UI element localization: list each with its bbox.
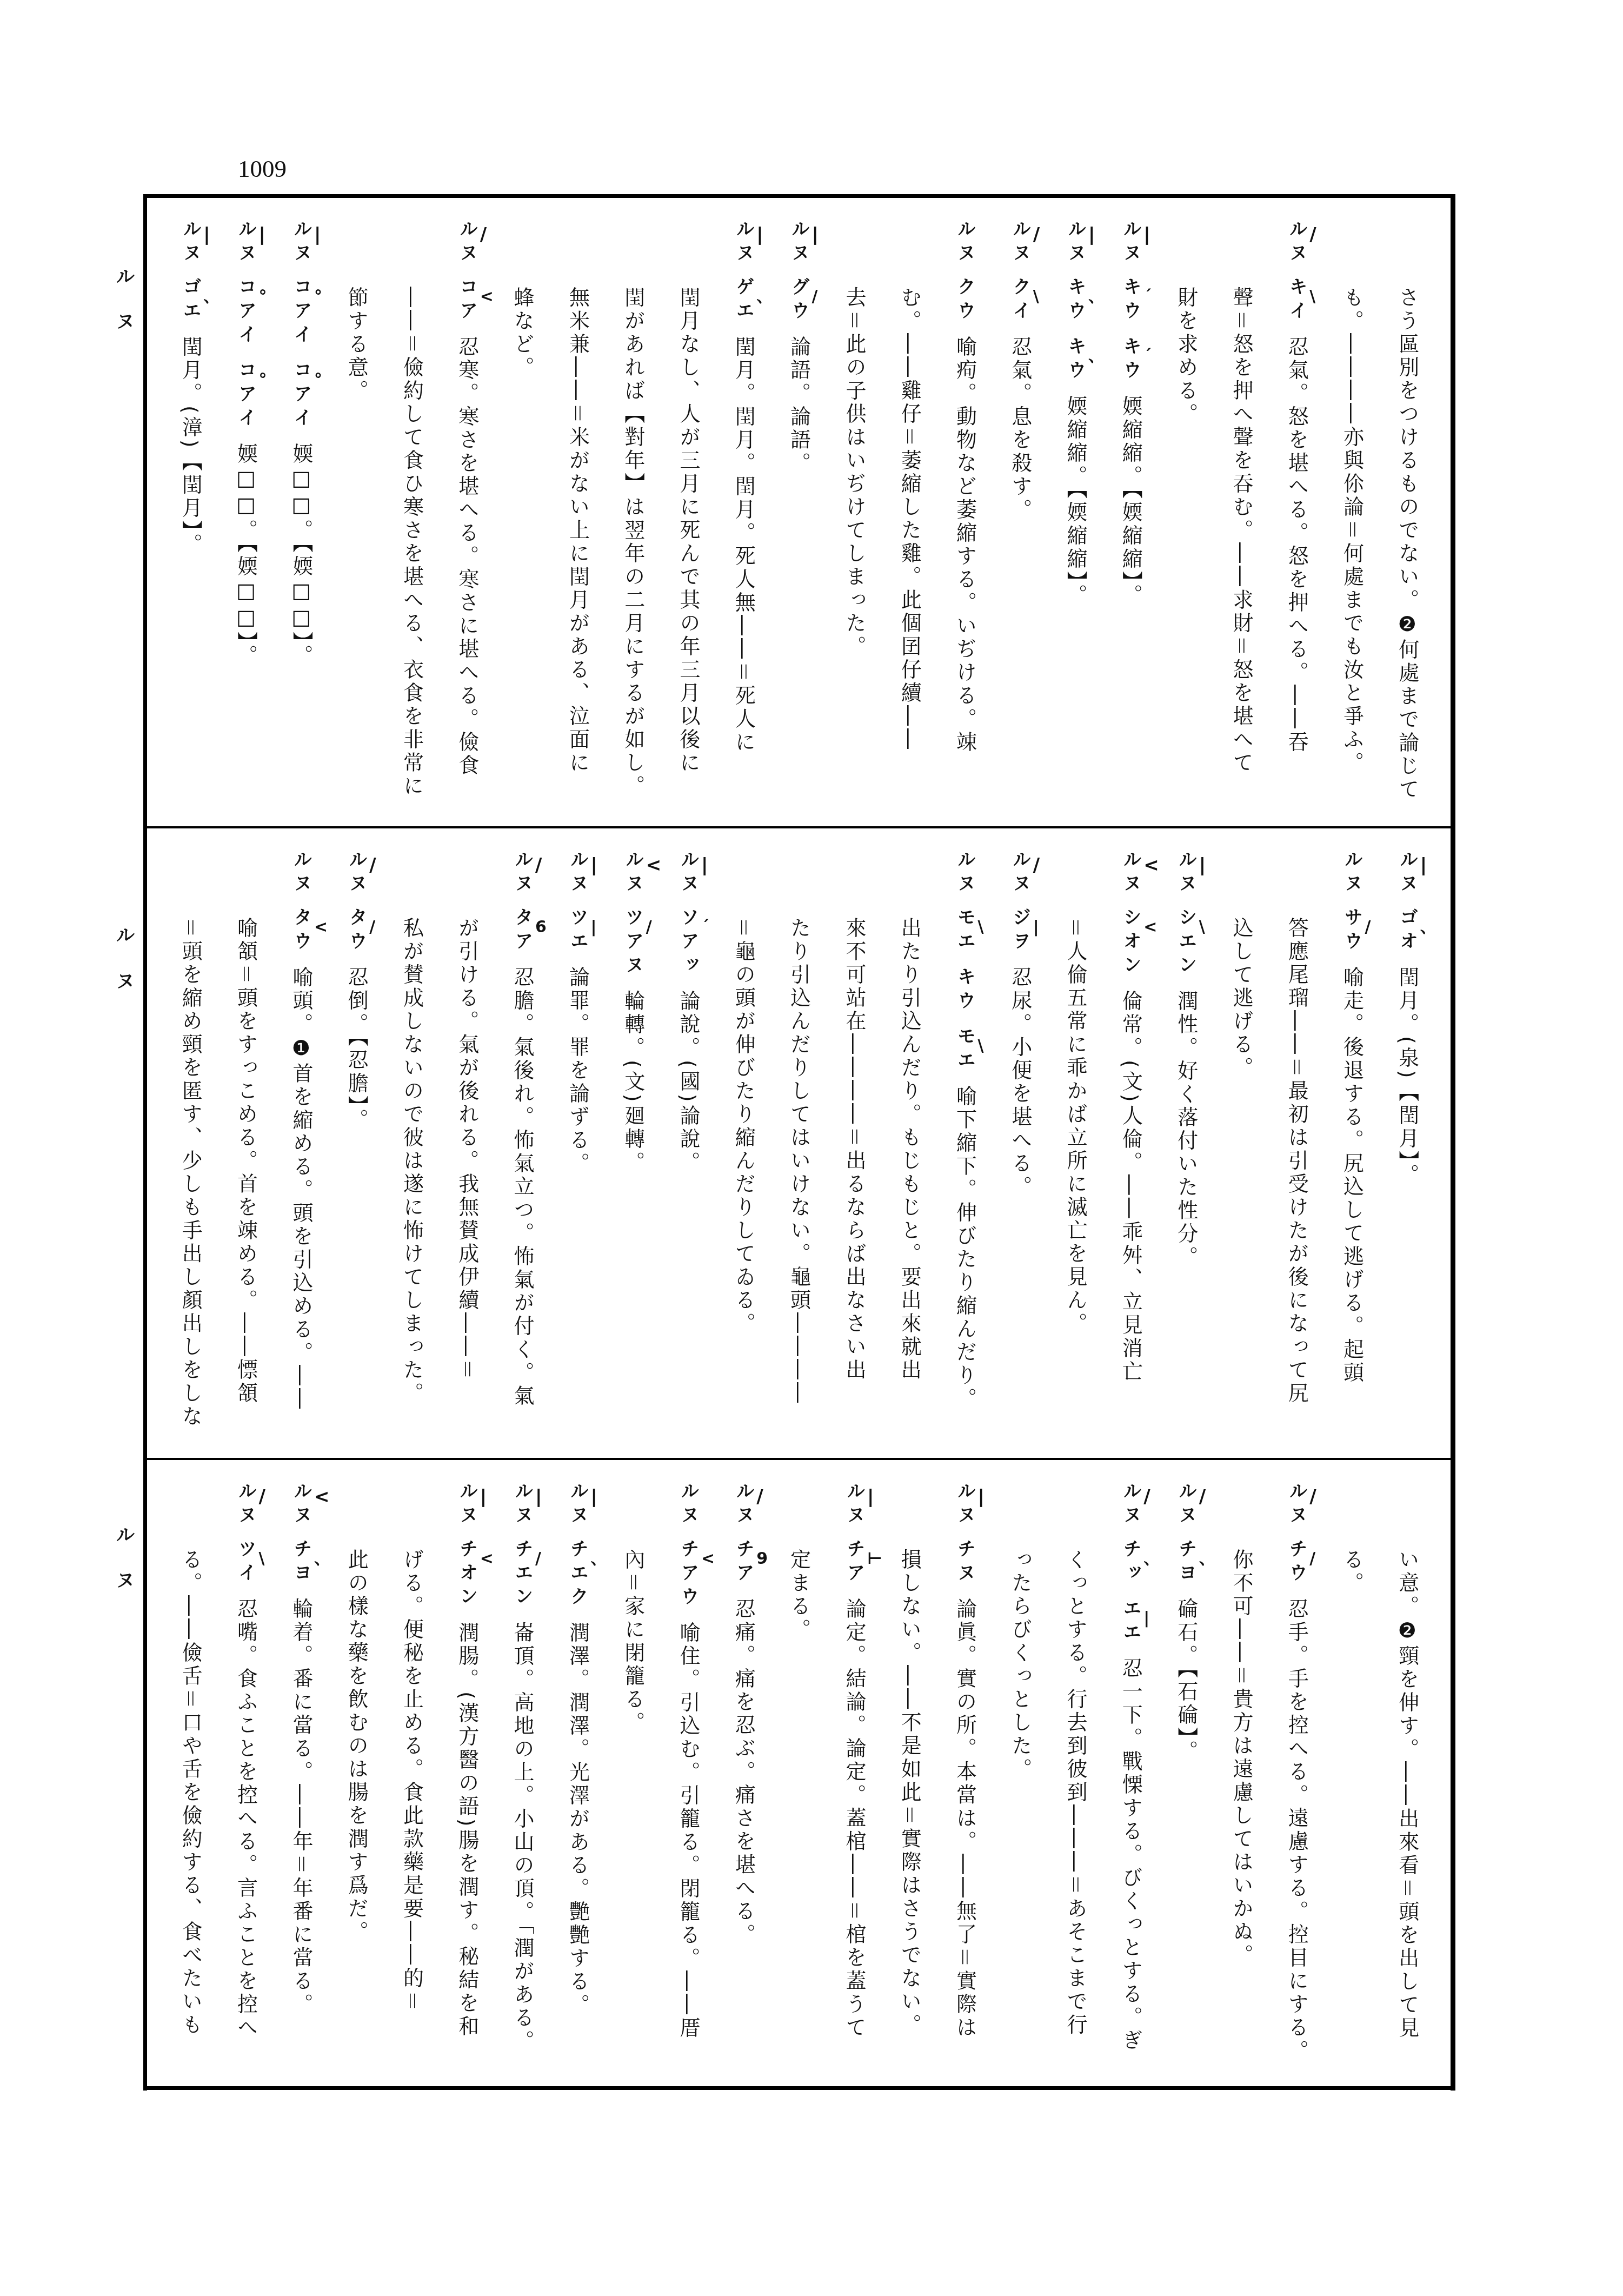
definition-text: 忍倒。【忍膽】。: [344, 966, 368, 1132]
dictionary-entry: ルヌ クウ 喻痀。動物など萎縮する。いぢける。竦: [937, 198, 992, 826]
headword-kana: ルヌ: [511, 1481, 533, 1529]
definition-text: 碖石。【石碖】。: [1174, 1598, 1198, 1763]
reading-syllable: クイ\: [1008, 277, 1032, 324]
definition-text: 忍寒。寒さを堪へる。寒さに堪へる。儉食: [455, 336, 479, 778]
headword-kana: ルヌ: [456, 219, 478, 267]
headword-lun: ルヌ/: [731, 1481, 755, 1529]
definition-text: 出たり引込んだり。もじもじと。要出來就出: [897, 917, 921, 1382]
reading-kana: チア: [843, 1539, 865, 1587]
reading-kana: キイ: [1286, 277, 1307, 324]
headword-kana: ルヌ: [954, 219, 975, 267]
definition-text: ＝頭を縮め頸を匿す、少しも手出し顏出しをしな: [178, 917, 202, 1429]
tone-mark: /: [812, 288, 818, 306]
tone-mark: |: [1143, 225, 1150, 244]
dictionary-entry: ルヌ モエ\ キウ モエ\ 喻下縮下。伸びたり縮んだり。: [937, 828, 992, 1458]
definition-text: 閏月なし、人が三月に死んで其の年三月以後に: [676, 287, 700, 775]
tone-mark: <: [646, 856, 662, 874]
reading-kana: チオン: [456, 1539, 478, 1610]
tone-mark: |: [203, 225, 210, 244]
tone-mark: |: [1143, 1609, 1149, 1628]
tone-mark: /: [1143, 1488, 1150, 1506]
headword-lun: ルヌ|: [1063, 219, 1087, 267]
reading-syllable: サウ/: [1340, 907, 1364, 955]
reading-kana: チア: [733, 1539, 754, 1587]
headword-lun: ルヌ|: [510, 1481, 534, 1529]
reading-kana: チヌ: [954, 1539, 975, 1587]
headword-lun: ルヌ|: [731, 219, 755, 267]
definition-text: 媆縮縮。【媆縮縮】。: [1063, 395, 1087, 607]
definition-text: 崙頂。高地の上。小山の頂。「潤がある。: [510, 1622, 534, 2053]
reading-kana: エエ: [1120, 1598, 1141, 1646]
tone-mark: \: [1309, 288, 1315, 306]
reading-syllable: タウ<: [289, 907, 313, 955]
reading-kana: チヨ: [290, 1539, 312, 1587]
definition-text: 潤性。好く落付いた性分。: [1174, 990, 1198, 1269]
definition-text: 喻痀。動物など萎縮する。いぢける。竦: [953, 336, 976, 754]
frame-border-top: [146, 194, 1454, 198]
definition-text: 忍痛。痛を忍ぶ。痛さを堪へる。: [731, 1598, 755, 1947]
definition-text: い意。❷頸を伸す。――出來看＝頭を出して見: [1395, 1549, 1419, 2040]
headword-lun: ルヌ|: [676, 850, 700, 897]
tone-mark: /: [1033, 856, 1040, 874]
reading-syllable: ジヲ|: [1008, 907, 1032, 955]
tone-mark: |: [259, 225, 265, 244]
headword-lun: ルヌ|: [289, 219, 313, 267]
tone-mark: |: [1199, 856, 1206, 874]
reading-kana: チアウ: [677, 1539, 699, 1610]
dictionary-entry: ルヌ/ チウ/ 忍手。手を控へる。遠慮する。控目にする。: [1269, 1460, 1324, 2086]
entry-band-bottom: い意。❷頸を伸す。――出來看＝頭を出して見 る。 ルヌ/ チウ/ 忍手。手を控へ…: [163, 1460, 1435, 2086]
definition-text: 喻住。引込む。引籠る。閉籠る。――厝: [676, 1622, 700, 2040]
reading-syllable: ゴオ、: [1395, 907, 1419, 955]
reading-kana: キウ: [1065, 277, 1086, 324]
definition-text: 蜂など。: [510, 287, 534, 380]
frame-border-right: [1451, 194, 1455, 2091]
reading-kana: ゴエ: [179, 277, 201, 324]
reading-kana: キウ: [1120, 277, 1141, 324]
continuation-line: 答應尾瑠――＝最初は引受けたが後になって尻: [1269, 828, 1324, 1458]
side-index-char: ル: [115, 1526, 136, 1544]
headword-kana: ルヌ: [235, 219, 257, 267]
definition-text: も。――――亦與伱論＝何處までも汝と爭ふ。: [1340, 287, 1364, 775]
reading-kana: チエン: [511, 1539, 533, 1610]
headword-kana: ルヌ: [567, 850, 588, 897]
tone-mark: <: [314, 918, 328, 937]
headword-lun: ルヌ/: [1285, 1481, 1308, 1529]
tone-mark: |: [701, 856, 708, 874]
headword-kana: ルヌ: [1396, 850, 1418, 897]
side-index-char: ヌ: [115, 1571, 136, 1590]
tone-mark: /: [369, 856, 376, 874]
continuation-line: 去＝此の子供はいぢけてしまった。: [827, 198, 882, 826]
dictionary-entry: ルヌ| ツエ| 論罪。罪を論ずる。: [550, 828, 605, 1458]
dictionary-entry: ルヌ< ツアヌ/ 輪轉。(文)廻轉。: [606, 828, 661, 1458]
headword-lun: ルヌ|: [566, 850, 589, 897]
dictionary-entry: ルヌ| キウ、 キウ、 媆縮縮。【媆縮縮】。: [1048, 198, 1103, 826]
tone-mark: /: [1365, 918, 1371, 937]
continuation-line: る。: [1324, 1460, 1379, 2086]
tone-mark: °: [259, 371, 267, 389]
tone-mark: \: [977, 1037, 983, 1056]
headword-lun: ルヌ/: [234, 1481, 258, 1529]
tone-mark: /: [646, 918, 652, 937]
definition-text: 喻下縮下。伸びたり縮んだり。: [953, 1085, 976, 1411]
headword-kana: ルヌ: [235, 1481, 257, 1529]
headword-lun: ルヌ/: [1008, 219, 1032, 267]
headword-kana: ルヌ: [677, 850, 699, 897]
reading-kana: コア: [456, 277, 478, 324]
continuation-line: げる。便秘を止める。食此款藥是要――的＝: [384, 1460, 439, 2086]
definition-text: ったらびくっとした。: [1008, 1549, 1032, 1781]
headword-kana: ルヌ: [1120, 850, 1141, 897]
continuation-line: 內＝家に閉籠る。: [606, 1460, 661, 2086]
reading-kana: シエン: [1175, 907, 1197, 979]
dictionary-entry: ルヌ| ソアッˊ 論說。(國)論說。: [661, 828, 716, 1458]
definition-text: 來不可站在――――＝出るならば出なさい出: [842, 917, 866, 1382]
tone-mark: ˊ: [1143, 347, 1152, 366]
tone-mark: /: [369, 918, 375, 937]
headword-lun: ルヌ|: [787, 219, 811, 267]
dictionary-entry: ルヌ/ ツイ\ 忍嘴。食ふことを控へる。言ふことを控へ: [218, 1460, 273, 2086]
continuation-line: む。――雞仔＝萎縮した雞。此個囝仔續――: [882, 198, 937, 826]
reading-syllable: コアイ°: [234, 360, 258, 432]
headword-kana: ルヌ: [1120, 219, 1141, 267]
tone-mark: |: [590, 856, 597, 874]
tone-mark: 、: [1088, 347, 1105, 366]
reading-syllable: モエ\: [953, 907, 976, 955]
headword-kana: ルヌ: [179, 219, 201, 267]
continuation-line: 蜂など。: [495, 198, 550, 826]
continuation-line: さう區別をつけるものでない。❷何處まで論じて: [1380, 198, 1435, 826]
dictionary-entry: ルヌ タウ< 喻頭。❶首を縮める。頭を引込める。――: [274, 828, 329, 1458]
tone-mark: 、: [1199, 1550, 1215, 1568]
side-index-char: ヌ: [115, 313, 136, 331]
reading-syllable: チッ、: [1119, 1539, 1142, 1587]
dictionary-entry: ルヌ/ クイ\ 忍氣。息を殺す。: [993, 198, 1048, 826]
tone-mark: ⊢: [867, 1550, 882, 1568]
dictionary-entry: ルヌ| グウ/ 論語。論語。: [771, 198, 826, 826]
dictionary-entry: ルヌ/ キイ\ 忍氣。怒を堪へる。怒を押へる。――吞: [1269, 198, 1324, 826]
definition-text: 論說。(國)論說。: [676, 990, 700, 1174]
continuation-line: い意。❷頸を伸す。――出來看＝頭を出して見: [1380, 1460, 1435, 2086]
definition-text: 輪轉。(文)廻轉。: [621, 990, 645, 1174]
reading-kana: コアイ: [235, 360, 257, 432]
headword-lun: ルヌ/: [1174, 1481, 1198, 1529]
reading-syllable: チウ/: [1285, 1539, 1308, 1587]
definition-text: 損しない。――不是如此＝實際はさうでない。: [897, 1549, 921, 2037]
entry-band-middle: ルヌ| ゴオ、 閏月。(泉)【閏月】。 ルヌ サウ/ 喻走。後退する。尻込して逃…: [163, 828, 1435, 1458]
headword-kana: ルヌ: [1286, 219, 1307, 267]
headword-lun: ルヌ|: [842, 1481, 866, 1529]
reading-syllable: チア⊢: [842, 1539, 866, 1587]
reading-syllable: タウ/: [344, 907, 368, 955]
reading-kana: サウ: [1341, 907, 1363, 955]
definition-text: む。――雞仔＝萎縮した雞。此個囝仔續――: [897, 287, 921, 752]
tone-mark: <: [314, 1488, 330, 1506]
reading-syllable: チエク、: [566, 1539, 589, 1610]
tone-mark: ˊ: [701, 918, 709, 937]
continuation-line: ＝頭を縮め頸を匿す、少しも手出し顏出しをしな: [163, 828, 218, 1458]
definition-text: 私が賛成しないので彼は遂に怖けてしまった。: [400, 917, 424, 1405]
headword-kana: ルヌ: [511, 850, 533, 897]
reading-syllable: コアイ°: [289, 360, 313, 432]
headword-kana: ルヌ: [733, 1481, 754, 1529]
reading-syllable: キウˊ: [1119, 336, 1142, 384]
definition-text: が引ける。氣が後れる。我無賛成伊續――＝: [455, 917, 479, 1382]
reading-kana: ジヲ: [1009, 907, 1031, 955]
reading-syllable: チアウ<: [676, 1539, 700, 1610]
headword-lun: ルヌ|: [178, 219, 202, 267]
definition-text: 喻頭。❶首を縮める。頭を引込める。――: [289, 966, 313, 1411]
tone-mark: /: [480, 225, 487, 244]
reading-kana: コアイ: [235, 277, 257, 348]
tone-mark: ˊ: [1143, 288, 1152, 306]
reading-kana: クウ: [954, 277, 975, 324]
tone-mark: 、: [314, 1550, 330, 1568]
definition-text: 喻走。後退する。尻込して逃げる。起頭: [1340, 966, 1364, 1385]
reading-syllable: グウ/: [787, 277, 811, 324]
reading-syllable: キイ\: [1285, 277, 1308, 324]
continuation-line: 閏月なし、人が三月に死んで其の年三月以後に: [661, 198, 716, 826]
dictionary-entry: ルヌ| チエク、 潤澤。潤澤。光澤がある。艷艷する。: [550, 1460, 605, 2086]
reading-kana: キウ: [954, 967, 975, 1014]
headword-lun: ルヌ|: [566, 1481, 589, 1529]
tone-mark: /: [1309, 1550, 1315, 1568]
reading-syllable: タア6: [510, 907, 534, 955]
tone-mark: 、: [756, 288, 773, 306]
tone-mark: /: [756, 1488, 763, 1506]
headword-lun: ルヌ|: [1395, 850, 1419, 897]
continuation-line: る。――儉舌＝口や舌を儉約する、食べたいも: [163, 1460, 218, 2086]
side-index-char: ル: [115, 268, 136, 286]
dictionary-entry: ルヌ/ チア9 忍痛。痛を忍ぶ。痛さを堪へる。: [716, 1460, 771, 2086]
headword-lun: ルヌ: [1340, 850, 1364, 897]
definition-text: げる。便秘を止める。食此款藥是要――的＝: [400, 1549, 424, 2014]
tone-mark: <: [480, 1550, 494, 1568]
definition-text: 內＝家に閉籠る。: [621, 1549, 645, 1735]
tone-mark: 、: [1420, 918, 1436, 937]
definition-text: たり引込んだりしてはいけない。龜頭――――: [787, 917, 811, 1405]
headword-kana: ルヌ: [290, 850, 312, 897]
dictionary-entry: ルヌ| シエン\ 潤性。好く落付いた性分。: [1159, 828, 1214, 1458]
definition-text: 定まる。: [787, 1549, 811, 1642]
headword-kana: ルヌ: [1175, 850, 1197, 897]
reading-kana: モエ: [954, 1026, 975, 1074]
tone-mark: 、: [1143, 1550, 1160, 1568]
tone-mark: \: [977, 918, 983, 937]
definition-text: 閏月。(漳)【閏月】。: [178, 336, 202, 556]
reading-kana: ゴオ: [1396, 907, 1418, 955]
reading-syllable: チヨ、: [289, 1539, 313, 1587]
definition-text: 忍氣。怒を堪へる。怒を押へる。――吞: [1285, 336, 1308, 754]
headword-lun: ルヌ|: [455, 1481, 479, 1529]
reading-kana: クイ: [1009, 277, 1031, 324]
headword-kana: ルヌ: [1175, 1481, 1197, 1529]
definition-text: ＝龜の頭が伸びたり縮んだりしてゐる。: [731, 917, 755, 1336]
reading-syllable: キウ、: [1063, 336, 1087, 384]
headword-kana: ルヌ: [843, 1481, 865, 1529]
headword-kana: ルヌ: [290, 1481, 312, 1529]
definition-text: 輪着。番に當る。――年＝年番に當る。: [289, 1598, 313, 2016]
continuation-line: 私が賛成しないので彼は遂に怖けてしまった。: [384, 828, 439, 1458]
reading-kana: チッ: [1120, 1539, 1141, 1587]
definition-text: 媆縮縮。【媆縮縮】。: [1119, 395, 1142, 607]
reading-kana: コアイ: [290, 360, 312, 432]
definition-text: くっとする。行去到彼到―――＝あそこまで行: [1063, 1549, 1087, 2037]
reading-kana: モエ: [954, 907, 975, 955]
tone-mark: 、: [590, 1550, 607, 1568]
dictionary-entry: ルヌ| コアイ° コアイ° 媆□□。【媆□□】。: [218, 198, 273, 826]
tone-mark: <: [480, 288, 494, 306]
definition-text: 倫常。(文)人倫。――乖舛、立見消亡: [1119, 990, 1142, 1384]
definition-text: 忍手。手を控へる。遠慮する。控目にする。: [1285, 1598, 1308, 2063]
definition-text: ＝人倫五常に乖かば立所に滅亡を見ん。: [1063, 917, 1087, 1336]
definition-text: 節する意。: [344, 287, 368, 403]
definition-text: 忍尿。小便を堪へる。: [1008, 966, 1032, 1199]
headword-kana: ルヌ: [788, 219, 810, 267]
tone-mark: °: [314, 288, 322, 306]
reading-kana: ツエ: [567, 907, 588, 955]
dictionary-entry: ルヌ< チヨ、 輪着。番に當る。――年＝年番に當る。: [274, 1460, 329, 2086]
dictionary-entry: ルヌ| ゴオ、 閏月。(泉)【閏月】。: [1380, 828, 1435, 1458]
headword-kana: ルヌ: [290, 219, 312, 267]
tone-mark: |: [1420, 856, 1427, 874]
continuation-line: 損しない。――不是如此＝實際はさうでない。: [882, 1460, 937, 2086]
tone-mark: <: [701, 1550, 715, 1568]
tone-mark: °: [259, 288, 267, 306]
dictionary-entry: ルヌ チアウ< 喻住。引込む。引籠る。閉籠る。――厝: [661, 1460, 716, 2086]
headword-lun: ルヌ|: [953, 1481, 976, 1529]
tone-mark: 、: [203, 288, 219, 306]
definition-text: 閏月。(泉)【閏月】。: [1395, 966, 1419, 1187]
headword-lun: ルヌ/: [1285, 219, 1308, 267]
continuation-line: たり引込んだりしてはいけない。龜頭――――: [771, 828, 826, 1458]
dictionary-entry: ルヌ< シオン< 倫常。(文)人倫。――乖舛、立見消亡: [1103, 828, 1158, 1458]
reading-syllable: チオン<: [455, 1539, 479, 1610]
dictionary-entry: ルヌ| コアイ° コアイ° 媆□□。【媆□□】。: [274, 198, 329, 826]
tone-mark: <: [1143, 918, 1157, 937]
reading-syllable: コアイ°: [289, 277, 313, 348]
reading-syllable: コアイ°: [234, 277, 258, 348]
definition-text: 潤腸。(漢方醫の語)腸を潤す。秘結を和: [455, 1622, 479, 2039]
tone-mark: |: [1088, 225, 1095, 244]
headword-lun: ルヌ/: [455, 219, 479, 267]
reading-kana: チエク: [567, 1539, 588, 1610]
headword-kana: ルヌ: [1009, 850, 1031, 897]
tone-mark: |: [590, 918, 596, 937]
continuation-line: 財を求める。: [1159, 198, 1214, 826]
reading-syllable: チア9: [731, 1539, 755, 1587]
continuation-line: ったらびくっとした。: [993, 1460, 1048, 2086]
reading-syllable: シオン<: [1119, 907, 1142, 979]
headword-kana: ルヌ: [733, 219, 754, 267]
tone-mark: |: [314, 225, 321, 244]
reading-kana: シオン: [1120, 907, 1141, 979]
reading-syllable: クウ: [953, 277, 976, 324]
headword-lun: ルヌ: [953, 850, 976, 897]
reading-kana: タア: [511, 907, 533, 955]
reading-syllable: コア<: [455, 277, 479, 324]
definition-text: る。――儉舌＝口や舌を儉約する、食べたいも: [178, 1549, 202, 2037]
dictionary-entry: ルヌ/ チヨ、 碖石。【石碖】。: [1159, 1460, 1214, 2086]
reading-syllable: モエ\: [953, 1026, 976, 1074]
dictionary-entry: ルヌ サウ/ 喻走。後退する。尻込して逃げる。起頭: [1324, 828, 1379, 1458]
tone-mark: |: [756, 225, 763, 244]
tone-mark: |: [535, 1488, 542, 1506]
reading-syllable: キウ: [953, 967, 976, 1014]
headword-kana: ルヌ: [1286, 1481, 1307, 1529]
headword-lun: ルヌ/: [1119, 1481, 1142, 1529]
tone-mark: 、: [1088, 288, 1105, 306]
continuation-line: 來不可站在――――＝出るならば出なさい出: [827, 828, 882, 1458]
tone-mark: <: [1143, 856, 1159, 874]
headword-kana: ルヌ: [1341, 850, 1363, 897]
continuation-line: ＝人倫五常に乖かば立所に滅亡を見ん。: [1048, 828, 1103, 1458]
reading-kana: ゲエ: [733, 277, 754, 324]
frame-border-bottom: [143, 2086, 1455, 2090]
headword-lun: ルヌ/: [1008, 850, 1032, 897]
definition-text: 論眞。實の所。本當は。――無了＝實際は: [953, 1598, 976, 2040]
reading-syllable: チエン/: [510, 1539, 534, 1610]
continuation-line: 喻頷＝頭をすっこめる。首を竦める。――慓頷: [218, 828, 273, 1458]
frame-border-left: [143, 194, 147, 2091]
tone-mark: |: [1033, 918, 1039, 937]
dictionary-entry: ルヌ| チヌ 論眞。實の所。本當は。――無了＝實際は: [937, 1460, 992, 2086]
tone-mark: /: [1033, 225, 1040, 244]
reading-syllable: エエ|: [1119, 1598, 1142, 1646]
definition-text: 忍一下。戰慄する。びくっとする。ぎ: [1119, 1657, 1142, 2053]
continuation-line: 込して逃げる。: [1214, 828, 1269, 1458]
definition-text: 論罪。罪を論ずる。: [566, 966, 589, 1176]
dictionary-entry: ルヌ| ゴエ、 閏月。(漳)【閏月】。: [163, 198, 218, 826]
continuation-line: 出たり引込んだり。もじもじと。要出來就出: [882, 828, 937, 1458]
headword-kana: ルヌ: [1120, 1481, 1141, 1529]
continuation-line: 無米兼――＝米がない上に閏月がある、泣面に: [550, 198, 605, 826]
dictionary-entry: ルヌ/ コア< 忍寒。寒さを堪へる。寒さに堪へる。儉食: [440, 198, 495, 826]
tone-mark: |: [812, 225, 819, 244]
definition-text: 論定。結論。論定。蓋棺――＝棺を蓋うて: [842, 1598, 866, 2040]
tone-mark: \: [1033, 288, 1039, 306]
reading-kana: ツイ: [235, 1539, 257, 1587]
reading-syllable: ゴエ、: [178, 277, 202, 324]
tone-mark: /: [1309, 225, 1316, 244]
reading-kana: キウ: [1065, 336, 1086, 384]
headword-kana: ルヌ: [345, 850, 367, 897]
definition-text: 論語。論語。: [787, 336, 811, 475]
dictionary-entry: ルヌ| ゲエ、 閏月。閏月。閏月。死人無――＝死人に: [716, 198, 771, 826]
dictionary-entry: ルヌ| チア⊢ 論定。結論。論定。蓋棺――＝棺を蓋うて: [827, 1460, 882, 2086]
headword-lun: ルヌ/: [510, 850, 534, 897]
definition-text: 潤澤。潤澤。光澤がある。艷艷する。: [566, 1622, 589, 2017]
tone-mark: |: [867, 1488, 874, 1506]
continuation-line: くっとする。行去到彼到―――＝あそこまで行: [1048, 1460, 1103, 2086]
dictionary-page: 1009 ル ヌ ル ヌ ル ヌ さう區別をつけるものでない。❷何處まで論じて …: [0, 0, 1623, 2296]
tone-mark: |: [977, 1488, 984, 1506]
headword-kana: ルヌ: [954, 850, 975, 897]
definition-text: 忍嘴。食ふことを控へる。言ふことを控へ: [234, 1598, 258, 2040]
continuation-line: ＝龜の頭が伸びたり縮んだりしてゐる。: [716, 828, 771, 1458]
reading-syllable: ツイ\: [234, 1539, 258, 1587]
side-index-char: ヌ: [115, 972, 136, 991]
headword-lun: ルヌ/: [344, 850, 368, 897]
reading-kana: チウ: [1286, 1539, 1307, 1587]
reading-kana: チヨ: [1175, 1539, 1197, 1587]
continuation-line: 閏があれば【對年】は翌年の二月にするが如し。: [606, 198, 661, 826]
continuation-line: 節する意。: [329, 198, 384, 826]
continuation-line: 定まる。: [771, 1460, 826, 2086]
tone-mark: /: [1199, 1488, 1206, 1506]
headword-lun: ルヌ|: [234, 219, 258, 267]
